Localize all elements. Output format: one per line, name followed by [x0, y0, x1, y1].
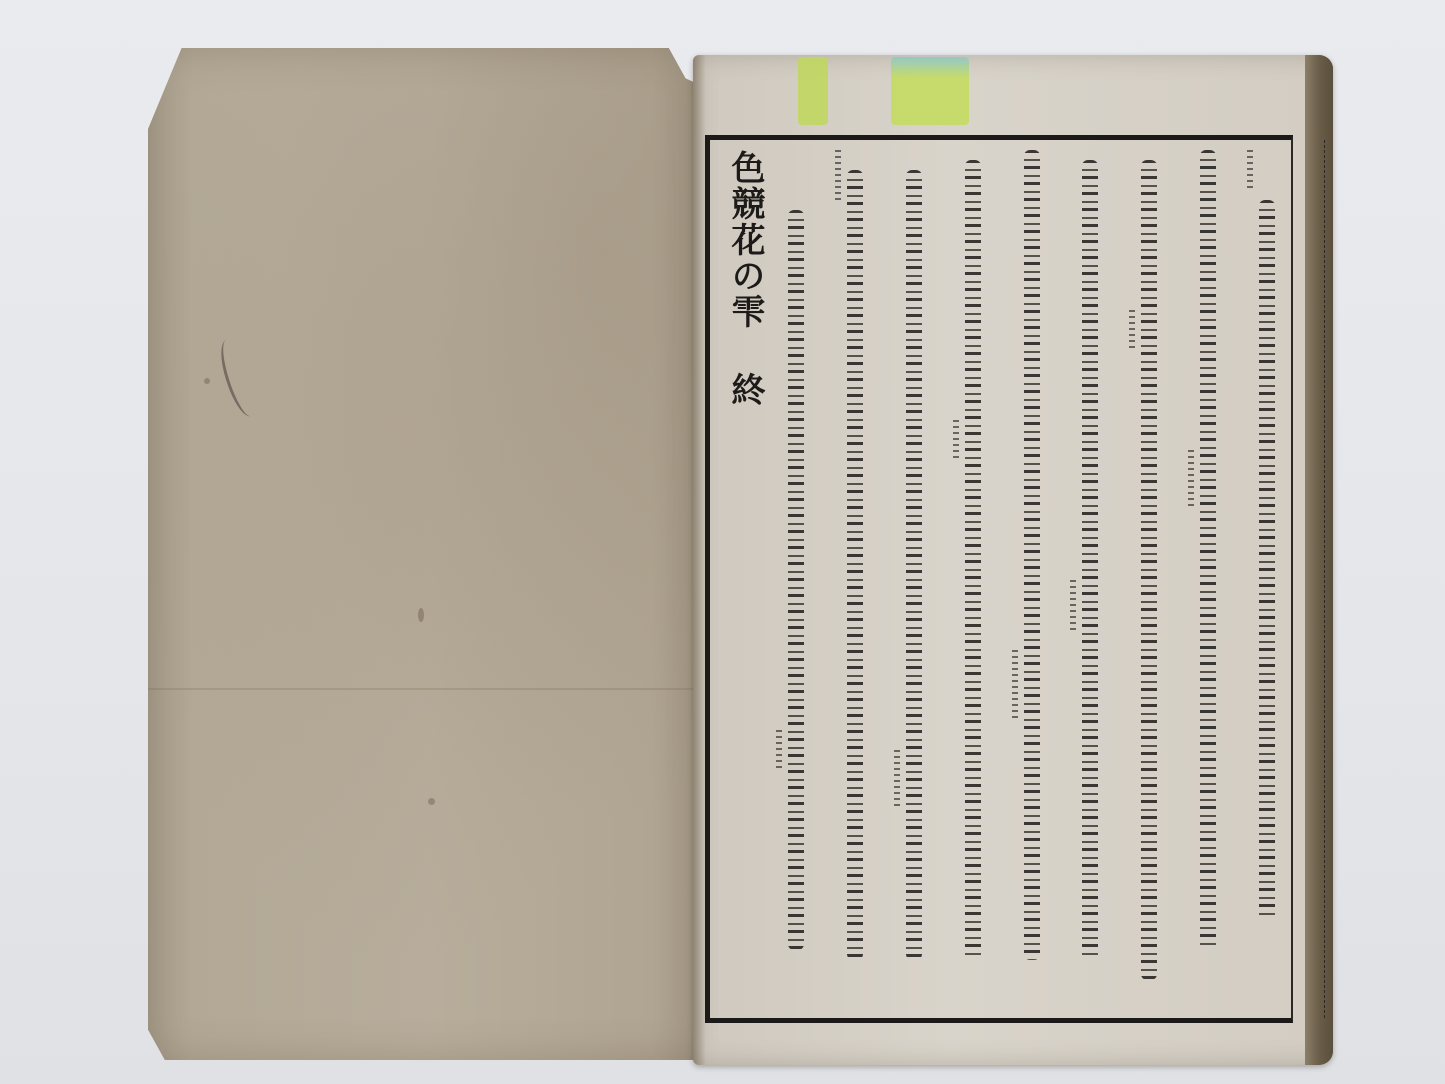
page-crease — [148, 688, 708, 690]
page-edge-stack — [1305, 55, 1333, 1065]
text-column — [1016, 150, 1046, 1008]
body-text-columns — [780, 150, 1281, 1008]
text-column — [1251, 150, 1281, 1008]
left-page-blank — [148, 48, 708, 1060]
text-column — [1133, 150, 1163, 1008]
text-column — [780, 150, 810, 1008]
print-border-frame: 色競花の雫 終 — [705, 135, 1293, 1023]
text-column — [957, 150, 987, 1008]
book-photo: 色競花の雫 終 Photograph of an open antique Ja… — [0, 0, 1445, 1084]
text-column — [898, 150, 928, 1008]
right-page-text: 色競花の雫 終 — [693, 55, 1333, 1065]
volume-end-title: 色競花の雫 終 — [730, 150, 770, 408]
margin-rule — [1324, 140, 1325, 1018]
text-column — [1074, 150, 1104, 1008]
sticky-tab — [891, 57, 969, 125]
stain-spot — [204, 378, 210, 384]
ink-stain — [214, 336, 262, 420]
text-column — [1192, 150, 1222, 1008]
text-column — [839, 150, 869, 1008]
stain-spot — [418, 608, 424, 622]
stain-spot — [428, 798, 435, 805]
sticky-tab — [798, 57, 828, 125]
